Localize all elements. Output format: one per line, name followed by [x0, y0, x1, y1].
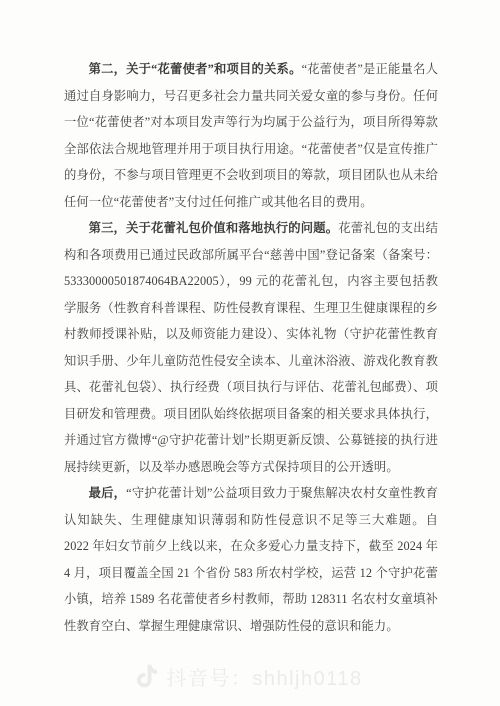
douyin-id-label: 抖音号：shhljh0118	[166, 662, 362, 691]
douyin-watermark: 抖音号：shhljh0118	[0, 659, 500, 693]
document-body: 第二，关于“花蕾使者”和项目的关系。“花蕾使者”是正能量名人通过自身影响力，号召…	[64, 56, 438, 639]
paragraph-3-text: 花蕾礼包的支出结构和各项费用已通过民政部所属平台“慈善中国”登记备案（备案号：5…	[64, 221, 438, 474]
paragraph-2-text: “花蕾使者”是正能量名人通过自身影响力，号召更多社会力量共同关爱女童的参与身份。…	[64, 62, 438, 209]
paragraph-final-text: “守护花蕾计划”公益项目致力于聚焦解决农村女童性教育认知缺失、生理健康知识薄弱和…	[64, 486, 438, 633]
paragraph-2: 第二，关于“花蕾使者”和项目的关系。“花蕾使者”是正能量名人通过自身影响力，号召…	[64, 56, 438, 215]
document-photo-page: { "page": { "background": "#fdfdfc", "te…	[0, 0, 500, 706]
paragraph-3: 第三，关于花蕾礼包价值和落地执行的问题。花蕾礼包的支出结构和各项费用已通过民政部…	[64, 215, 438, 480]
paragraph-3-lead: 第三，关于花蕾礼包价值和落地执行的问题。	[89, 221, 339, 235]
paragraph-2-lead: 第二，关于“花蕾使者”和项目的关系。	[89, 62, 302, 76]
paragraph-final-lead: 最后，	[89, 486, 127, 500]
douyin-note-icon	[137, 664, 157, 688]
paragraph-final: 最后，“守护花蕾计划”公益项目致力于聚焦解决农村女童性教育认知缺失、生理健康知识…	[64, 480, 438, 639]
